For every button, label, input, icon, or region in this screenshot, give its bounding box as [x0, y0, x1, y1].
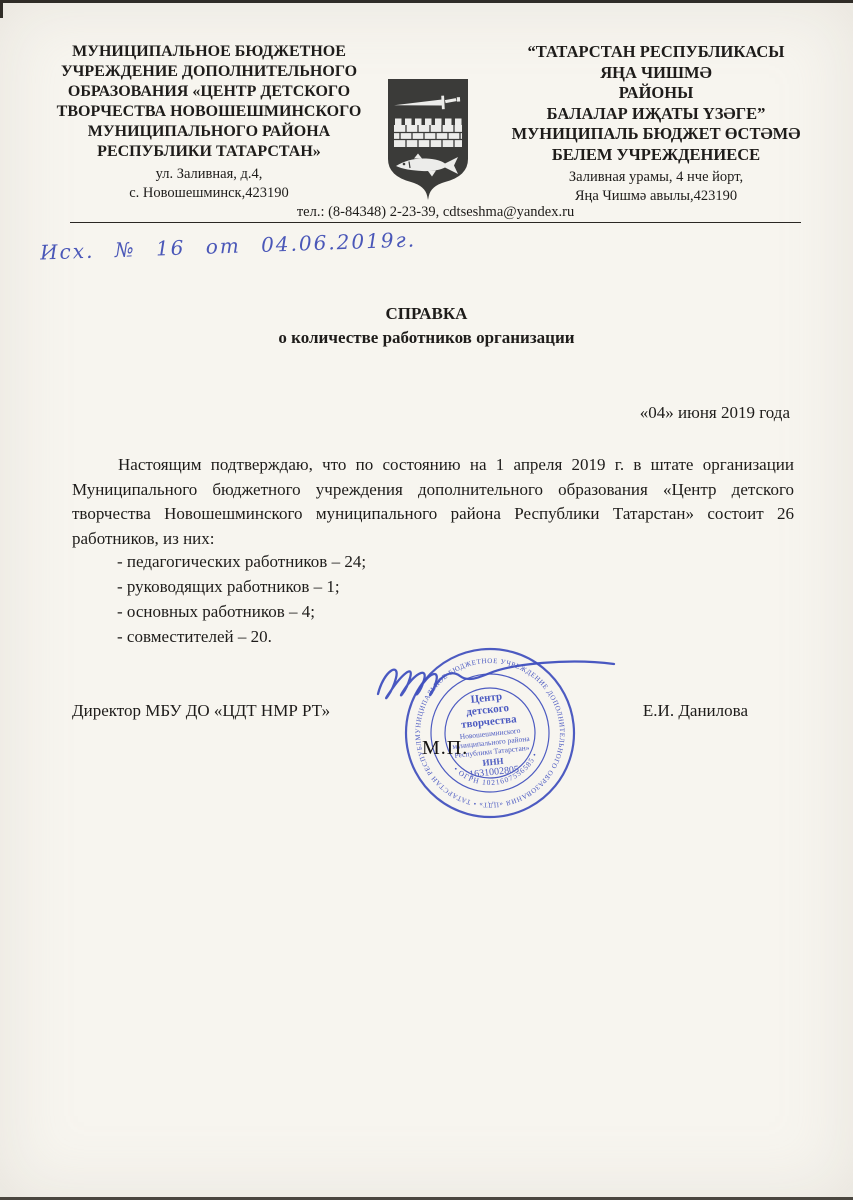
document-date: «04» июня 2019 года [640, 403, 790, 423]
org-name-line: РЕСПУБЛИКИ ТАТАРСТАН» [48, 142, 370, 162]
org-name-tatar: “ТАТАРСТАН РЕСПУБЛИКАСЫ ЯҢА ЧИШМӘ РАЙОНЫ… [482, 42, 830, 165]
address-line: с. Новошешминск,423190 [48, 184, 370, 203]
org-name-line: УЧРЕЖДЕНИЕ ДОПОЛНИТЕЛЬНОГО [48, 62, 370, 82]
contact-rule-left [70, 204, 291, 223]
org-name-line: РАЙОНЫ [482, 83, 830, 104]
coat-of-arms-icon [384, 77, 472, 203]
staff-list-item: - совместителей – 20. [117, 624, 366, 649]
body-paragraph: Настоящим подтверждаю, что по состоянию … [72, 453, 794, 551]
document-subtitle: о количестве работников организации [0, 326, 853, 350]
org-name-russian: МУНИЦИПАЛЬНОЕ БЮДЖЕТНОЕ УЧРЕЖДЕНИЕ ДОПОЛ… [48, 42, 370, 162]
letterhead-russian: МУНИЦИПАЛЬНОЕ БЮДЖЕТНОЕ УЧРЕЖДЕНИЕ ДОПОЛ… [48, 42, 370, 202]
letterhead-tatar: “ТАТАРСТАН РЕСПУБЛИКАСЫ ЯҢА ЧИШМӘ РАЙОНЫ… [482, 42, 830, 205]
org-name-line: “ТАТАРСТАН РЕСПУБЛИКАСЫ [482, 42, 830, 63]
signature-row: Директор МБУ ДО «ЦДТ НМР РТ» Е.И. Данило… [72, 701, 748, 721]
org-address-russian: ул. Заливная, д.4, с. Новошешминск,42319… [48, 165, 370, 202]
contact-rule-right [580, 204, 801, 223]
round-seal-icon: МУНИЦИПАЛЬНОЕ БЮДЖЕТНОЕ УЧРЕЖДЕНИЕ ДОПОЛ… [393, 636, 586, 829]
address-line: Заливная урамы, 4 нче йорт, [482, 168, 830, 187]
handwritten-outgoing-number: Исх. № 16 от 04.06.2019г. [40, 227, 417, 264]
address-line: Яңа Чишмә авылы,423190 [482, 187, 830, 206]
contact-line: тел.: (8-84348) 2-23-39, cdtseshma@yande… [70, 204, 801, 223]
org-name-line: ЯҢА ЧИШМӘ [482, 63, 830, 84]
staff-list-item: - руководящих работников – 1; [117, 574, 366, 599]
signer-name: Е.И. Данилова [643, 701, 748, 721]
org-name-line: МУНИЦИПАЛЬНОЕ БЮДЖЕТНОЕ [48, 42, 370, 62]
org-address-tatar: Заливная урамы, 4 нче йорт, Яңа Чишмә ав… [482, 168, 830, 205]
document-title-block: СПРАВКА о количестве работников организа… [0, 302, 853, 350]
director-position-label: Директор МБУ ДО «ЦДТ НМР РТ» [72, 701, 330, 721]
scan-edge-left [0, 0, 3, 18]
address-line: ул. Заливная, д.4, [48, 165, 370, 184]
staff-list-item: - педагогических работников – 24; [117, 549, 366, 574]
staff-list-item: - основных работников – 4; [117, 599, 366, 624]
org-name-line: БЕЛЕМ УЧРЕЖДЕНИЕСЕ [482, 145, 830, 166]
contact-text: тел.: (8-84348) 2-23-39, cdtseshma@yande… [291, 204, 580, 223]
staff-list: - педагогических работников – 24; - руко… [117, 549, 366, 649]
org-name-line: МУНИЦИПАЛЬНОГО РАЙОНА [48, 122, 370, 142]
org-name-line: ТВОРЧЕСТВА НОВОШЕШМИНСКОГО [48, 102, 370, 122]
org-name-line: ОБРАЗОВАНИЯ «ЦЕНТР ДЕТСКОГО [48, 82, 370, 102]
org-name-line: МУНИЦИПАЛЬ БЮДЖЕТ ӨСТӘМӘ [482, 124, 830, 145]
org-name-line: БАЛАЛАР ИҖАТЫ ҮЗӘГЕ” [482, 104, 830, 125]
scan-edge-top [0, 0, 853, 3]
document-title: СПРАВКА [0, 302, 853, 326]
document-scan: МУНИЦИПАЛЬНОЕ БЮДЖЕТНОЕ УЧРЕЖДЕНИЕ ДОПОЛ… [0, 0, 853, 1200]
seal-place-mark: М.П. [422, 737, 468, 760]
